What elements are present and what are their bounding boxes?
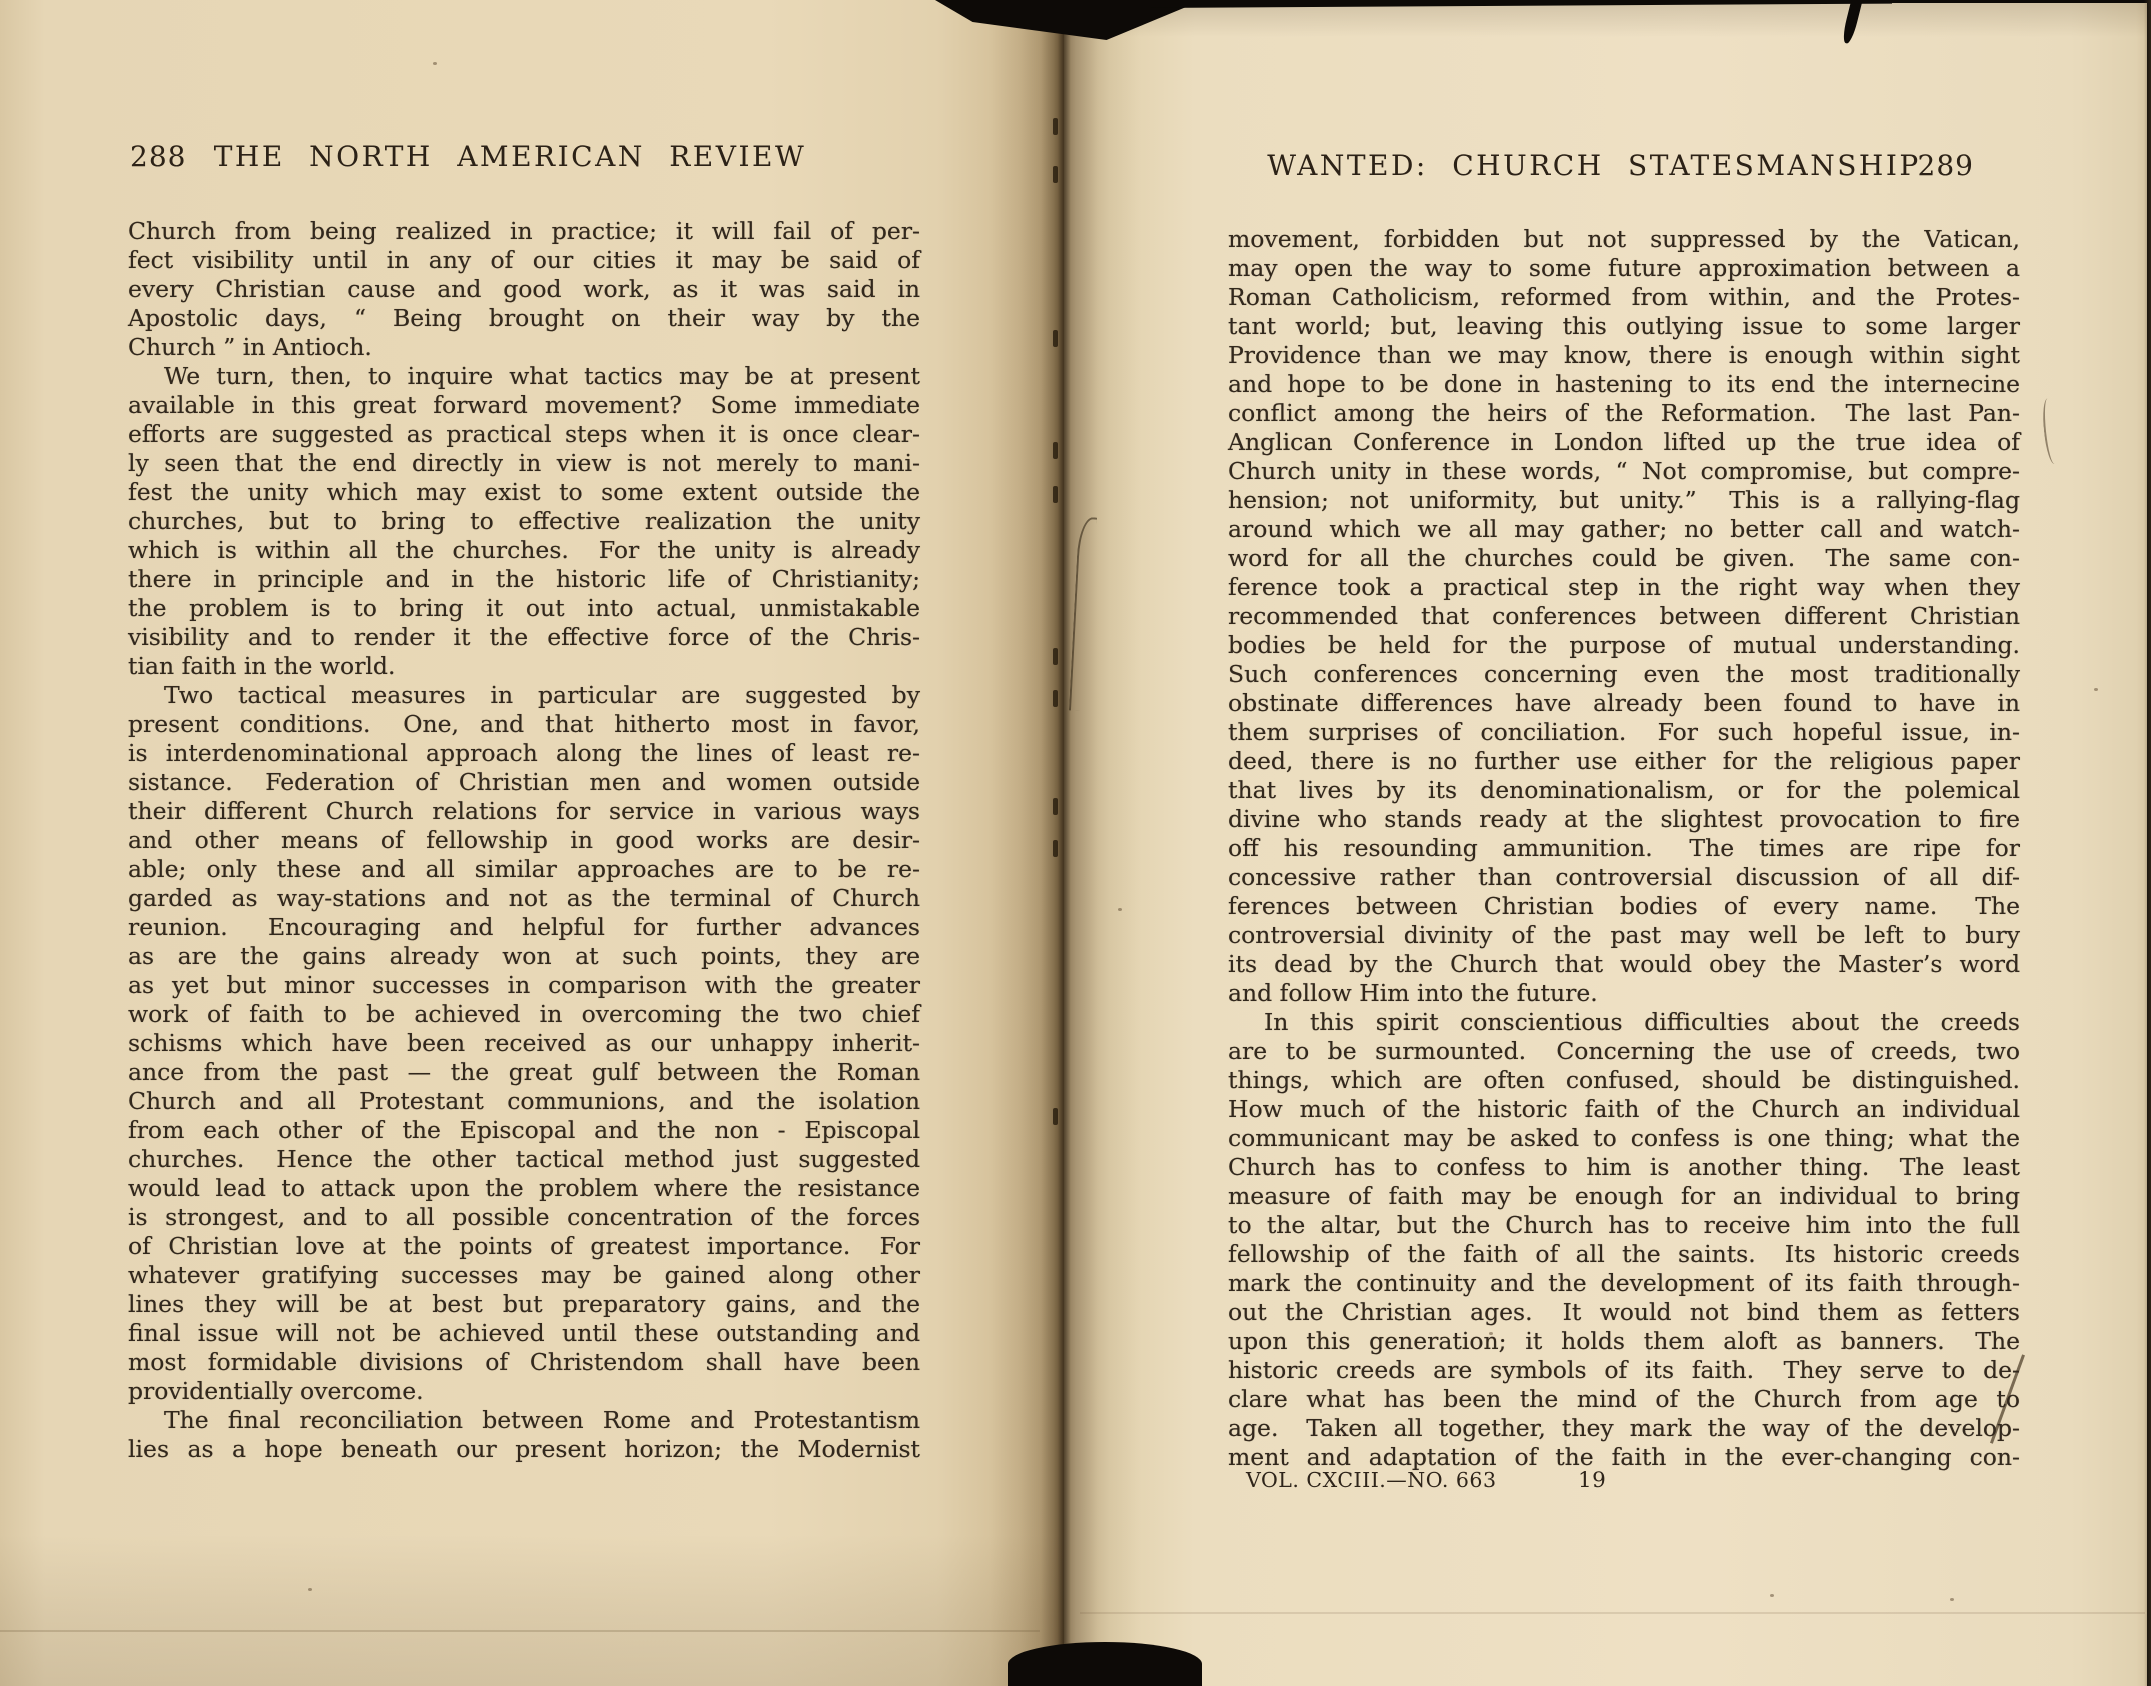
- text-line: that lives by its denominationalism, or …: [1228, 776, 2020, 805]
- binding-stitch: [1053, 330, 1058, 347]
- text-line: them surprises of conciliation. For such…: [1228, 718, 2020, 747]
- left-page-number: 288: [130, 140, 186, 173]
- footer-volume-number: VOL. CXCIII.—NO. 663: [1246, 1468, 1497, 1492]
- text-line: lies as a hope beneath our present horiz…: [128, 1435, 920, 1464]
- text-line: deed, there is no further use either for…: [1228, 747, 2020, 776]
- text-line: fect visibility until in any of our citi…: [128, 246, 920, 275]
- text-line: and hope to be done in hastening to its …: [1228, 370, 2020, 399]
- text-line: their different Church relations for ser…: [128, 797, 920, 826]
- paragraph: Church from being realized in practice; …: [128, 217, 920, 362]
- text-line: are to be surmounted. Concerning the use…: [1228, 1037, 2020, 1066]
- text-line: there in principle and in the historic l…: [128, 565, 920, 594]
- left-running-head: 288 THE NORTH AMERICAN REVIEW: [128, 140, 920, 173]
- binding-stitch: [1053, 840, 1058, 857]
- text-line: the problem is to bring it out into actu…: [128, 594, 920, 623]
- text-line: Roman Catholicism, reformed from within,…: [1228, 283, 2020, 312]
- text-line: Such conferences concerning even the mos…: [1228, 660, 2020, 689]
- text-line: movement, forbidden but not suppressed b…: [1228, 225, 2020, 254]
- text-line: and follow Him into the future.: [1228, 979, 2020, 1008]
- text-line: bodies be held for the purpose of mutual…: [1228, 631, 2020, 660]
- text-line: from each other of the Episcopal and the…: [128, 1116, 920, 1145]
- book-spread: 288 THE NORTH AMERICAN REVIEW WANTED: CH…: [0, 0, 2151, 1686]
- text-line: off his resounding ammunition. The times…: [1228, 834, 2020, 863]
- text-line: obstinate differences have already been …: [1228, 689, 2020, 718]
- text-line: and other means of fellowship in good wo…: [128, 826, 920, 855]
- right-page-body: movement, forbidden but not suppressed b…: [1228, 225, 2020, 1472]
- right-page-edge-shade: [2144, 0, 2151, 1686]
- text-line: upon this generation; it holds them alof…: [1228, 1327, 2020, 1356]
- left-page-body: Church from being realized in practice; …: [128, 217, 920, 1464]
- text-line: fellowship of the faith of all the saint…: [1228, 1240, 2020, 1269]
- text-line: We turn, then, to inquire what tactics m…: [128, 362, 920, 391]
- paragraph: The final reconciliation between Rome an…: [128, 1406, 920, 1464]
- paper-speck: [2094, 688, 2098, 691]
- text-line: able; only these and all similar approac…: [128, 855, 920, 884]
- text-line: The final reconciliation between Rome an…: [128, 1406, 920, 1435]
- text-line: conflict among the heirs of the Reformat…: [1228, 399, 2020, 428]
- text-line: ance from the past — the great gulf betw…: [128, 1058, 920, 1087]
- text-line: its dead by the Church that would obey t…: [1228, 950, 2020, 979]
- text-line: to the altar, but the Church has to rece…: [1228, 1211, 2020, 1240]
- text-line: concessive rather than controversial dis…: [1228, 863, 2020, 892]
- text-line: Two tactical measures in particular are …: [128, 681, 920, 710]
- text-line: every Christian cause and good work, as …: [128, 275, 920, 304]
- left-running-title: THE NORTH AMERICAN REVIEW: [214, 140, 807, 173]
- right-page-number: 289: [1918, 149, 1974, 182]
- text-line: historic creeds are symbols of its faith…: [1228, 1356, 2020, 1385]
- text-line: whatever gratifying successes may be gai…: [128, 1261, 920, 1290]
- text-line: present conditions. One, and that hither…: [128, 710, 920, 739]
- text-line: which is within all the churches. For th…: [128, 536, 920, 565]
- text-line: age. Taken all together, they mark the w…: [1228, 1414, 2020, 1443]
- text-line: churches, but to bring to effective real…: [128, 507, 920, 536]
- text-line: mark the continuity and the development …: [1228, 1269, 2020, 1298]
- text-line: ference took a practical step in the rig…: [1228, 573, 2020, 602]
- text-line: Providence than we may know, there is en…: [1228, 341, 2020, 370]
- binding-stitch: [1053, 486, 1058, 503]
- paragraph: We turn, then, to inquire what tactics m…: [128, 362, 920, 681]
- text-line: word for all the churches could be given…: [1228, 544, 2020, 573]
- text-line: divine who stands ready at the slightest…: [1228, 805, 2020, 834]
- text-line: available in this great forward movement…: [128, 391, 920, 420]
- text-line: controversial divinity of the past may w…: [1228, 921, 2020, 950]
- text-line: is strongest, and to all possible concen…: [128, 1203, 920, 1232]
- paper-speck: [308, 1588, 312, 1591]
- volume-footer: VOL. CXCIII.—NO. 663 19: [1246, 1468, 1746, 1492]
- binding-stitch: [1053, 798, 1058, 815]
- text-line: as are the gains already won at such poi…: [128, 942, 920, 971]
- text-line: ferences between Christian bodies of eve…: [1228, 892, 2020, 921]
- text-line: would lead to attack upon the problem wh…: [128, 1174, 920, 1203]
- text-line: Church unity in these words, “ Not compr…: [1228, 457, 2020, 486]
- text-line: things, which are often confused, should…: [1228, 1066, 2020, 1095]
- text-line: visibility and to render it the effectiv…: [128, 623, 920, 652]
- text-line: clare what has been the mind of the Chur…: [1228, 1385, 2020, 1414]
- text-line: efforts are suggested as practical steps…: [128, 420, 920, 449]
- text-line: Church and all Protestant communions, an…: [128, 1087, 920, 1116]
- background-bottom-gap: [1008, 1642, 1202, 1686]
- paragraph: Two tactical measures in particular are …: [128, 681, 920, 1406]
- text-line: Church from being realized in practice; …: [128, 217, 920, 246]
- binding-stitch: [1053, 166, 1058, 183]
- binding-stitch: [1053, 690, 1058, 707]
- text-line: Anglican Conference in London lifted up …: [1228, 428, 2020, 457]
- text-line: sistance. Federation of Christian men an…: [128, 768, 920, 797]
- text-line: lines they will be at best but preparato…: [128, 1290, 920, 1319]
- binding-stitch: [1053, 118, 1058, 135]
- text-line: providentially overcome.: [128, 1377, 920, 1406]
- paragraph: movement, forbidden but not suppressed b…: [1228, 225, 2020, 1008]
- paper-speck: [1770, 1594, 1774, 1597]
- paper-speck: [1118, 908, 1122, 911]
- text-line: Church has to confess to him is another …: [1228, 1153, 2020, 1182]
- text-line: garded as way-stations and not as the te…: [128, 884, 920, 913]
- paper-speck: [1950, 1598, 1954, 1601]
- binding-stitch: [1053, 648, 1058, 665]
- paragraph: In this spirit conscientious difficultie…: [1228, 1008, 2020, 1472]
- left-page-crease: [0, 1630, 1040, 1632]
- text-line: final issue will not be achieved until t…: [128, 1319, 920, 1348]
- text-line: as yet but minor successes in comparison…: [128, 971, 920, 1000]
- text-line: of Christian love at the points of great…: [128, 1232, 920, 1261]
- text-line: may open the way to some future approxim…: [1228, 254, 2020, 283]
- text-line: reunion. Encouraging and helpful for fur…: [128, 913, 920, 942]
- footer-signature-number: 19: [1578, 1468, 1606, 1493]
- right-page-crease: [1080, 1612, 2145, 1614]
- text-line: out the Christian ages. It would not bin…: [1228, 1298, 2020, 1327]
- binding-stitch: [1053, 1108, 1058, 1125]
- text-line: Apostolic days, “ Being brought on their…: [128, 304, 920, 333]
- text-line: How much of the historic faith of the Ch…: [1228, 1095, 2020, 1124]
- text-line: is interdenominational approach along th…: [128, 739, 920, 768]
- text-line: recommended that conferences between dif…: [1228, 602, 2020, 631]
- text-line: hension; not uniformity, but unity.” Thi…: [1228, 486, 2020, 515]
- text-line: schisms which have been received as our …: [128, 1029, 920, 1058]
- text-line: tant world; but, leaving this outlying i…: [1228, 312, 2020, 341]
- text-line: churches. Hence the other tactical metho…: [128, 1145, 920, 1174]
- paper-speck: [433, 62, 437, 65]
- right-running-head: WANTED: CHURCH STATESMANSHIP 289: [1228, 149, 2020, 182]
- text-line: around which we all may gather; no bette…: [1228, 515, 2020, 544]
- text-line: measure of faith may be enough for an in…: [1228, 1182, 2020, 1211]
- text-line: ly seen that the end directly in view is…: [128, 449, 920, 478]
- text-line: tian faith in the world.: [128, 652, 920, 681]
- right-running-title: WANTED: CHURCH STATESMANSHIP: [1267, 149, 1920, 182]
- text-line: fest the unity which may exist to some e…: [128, 478, 920, 507]
- text-line: In this spirit conscientious difficultie…: [1228, 1008, 2020, 1037]
- text-line: Church ” in Antioch.: [128, 333, 920, 362]
- text-line: most formidable divisions of Christendom…: [128, 1348, 920, 1377]
- text-line: communicant may be asked to confess is o…: [1228, 1124, 2020, 1153]
- text-line: work of faith to be achieved in overcomi…: [128, 1000, 920, 1029]
- binding-stitch: [1053, 442, 1058, 459]
